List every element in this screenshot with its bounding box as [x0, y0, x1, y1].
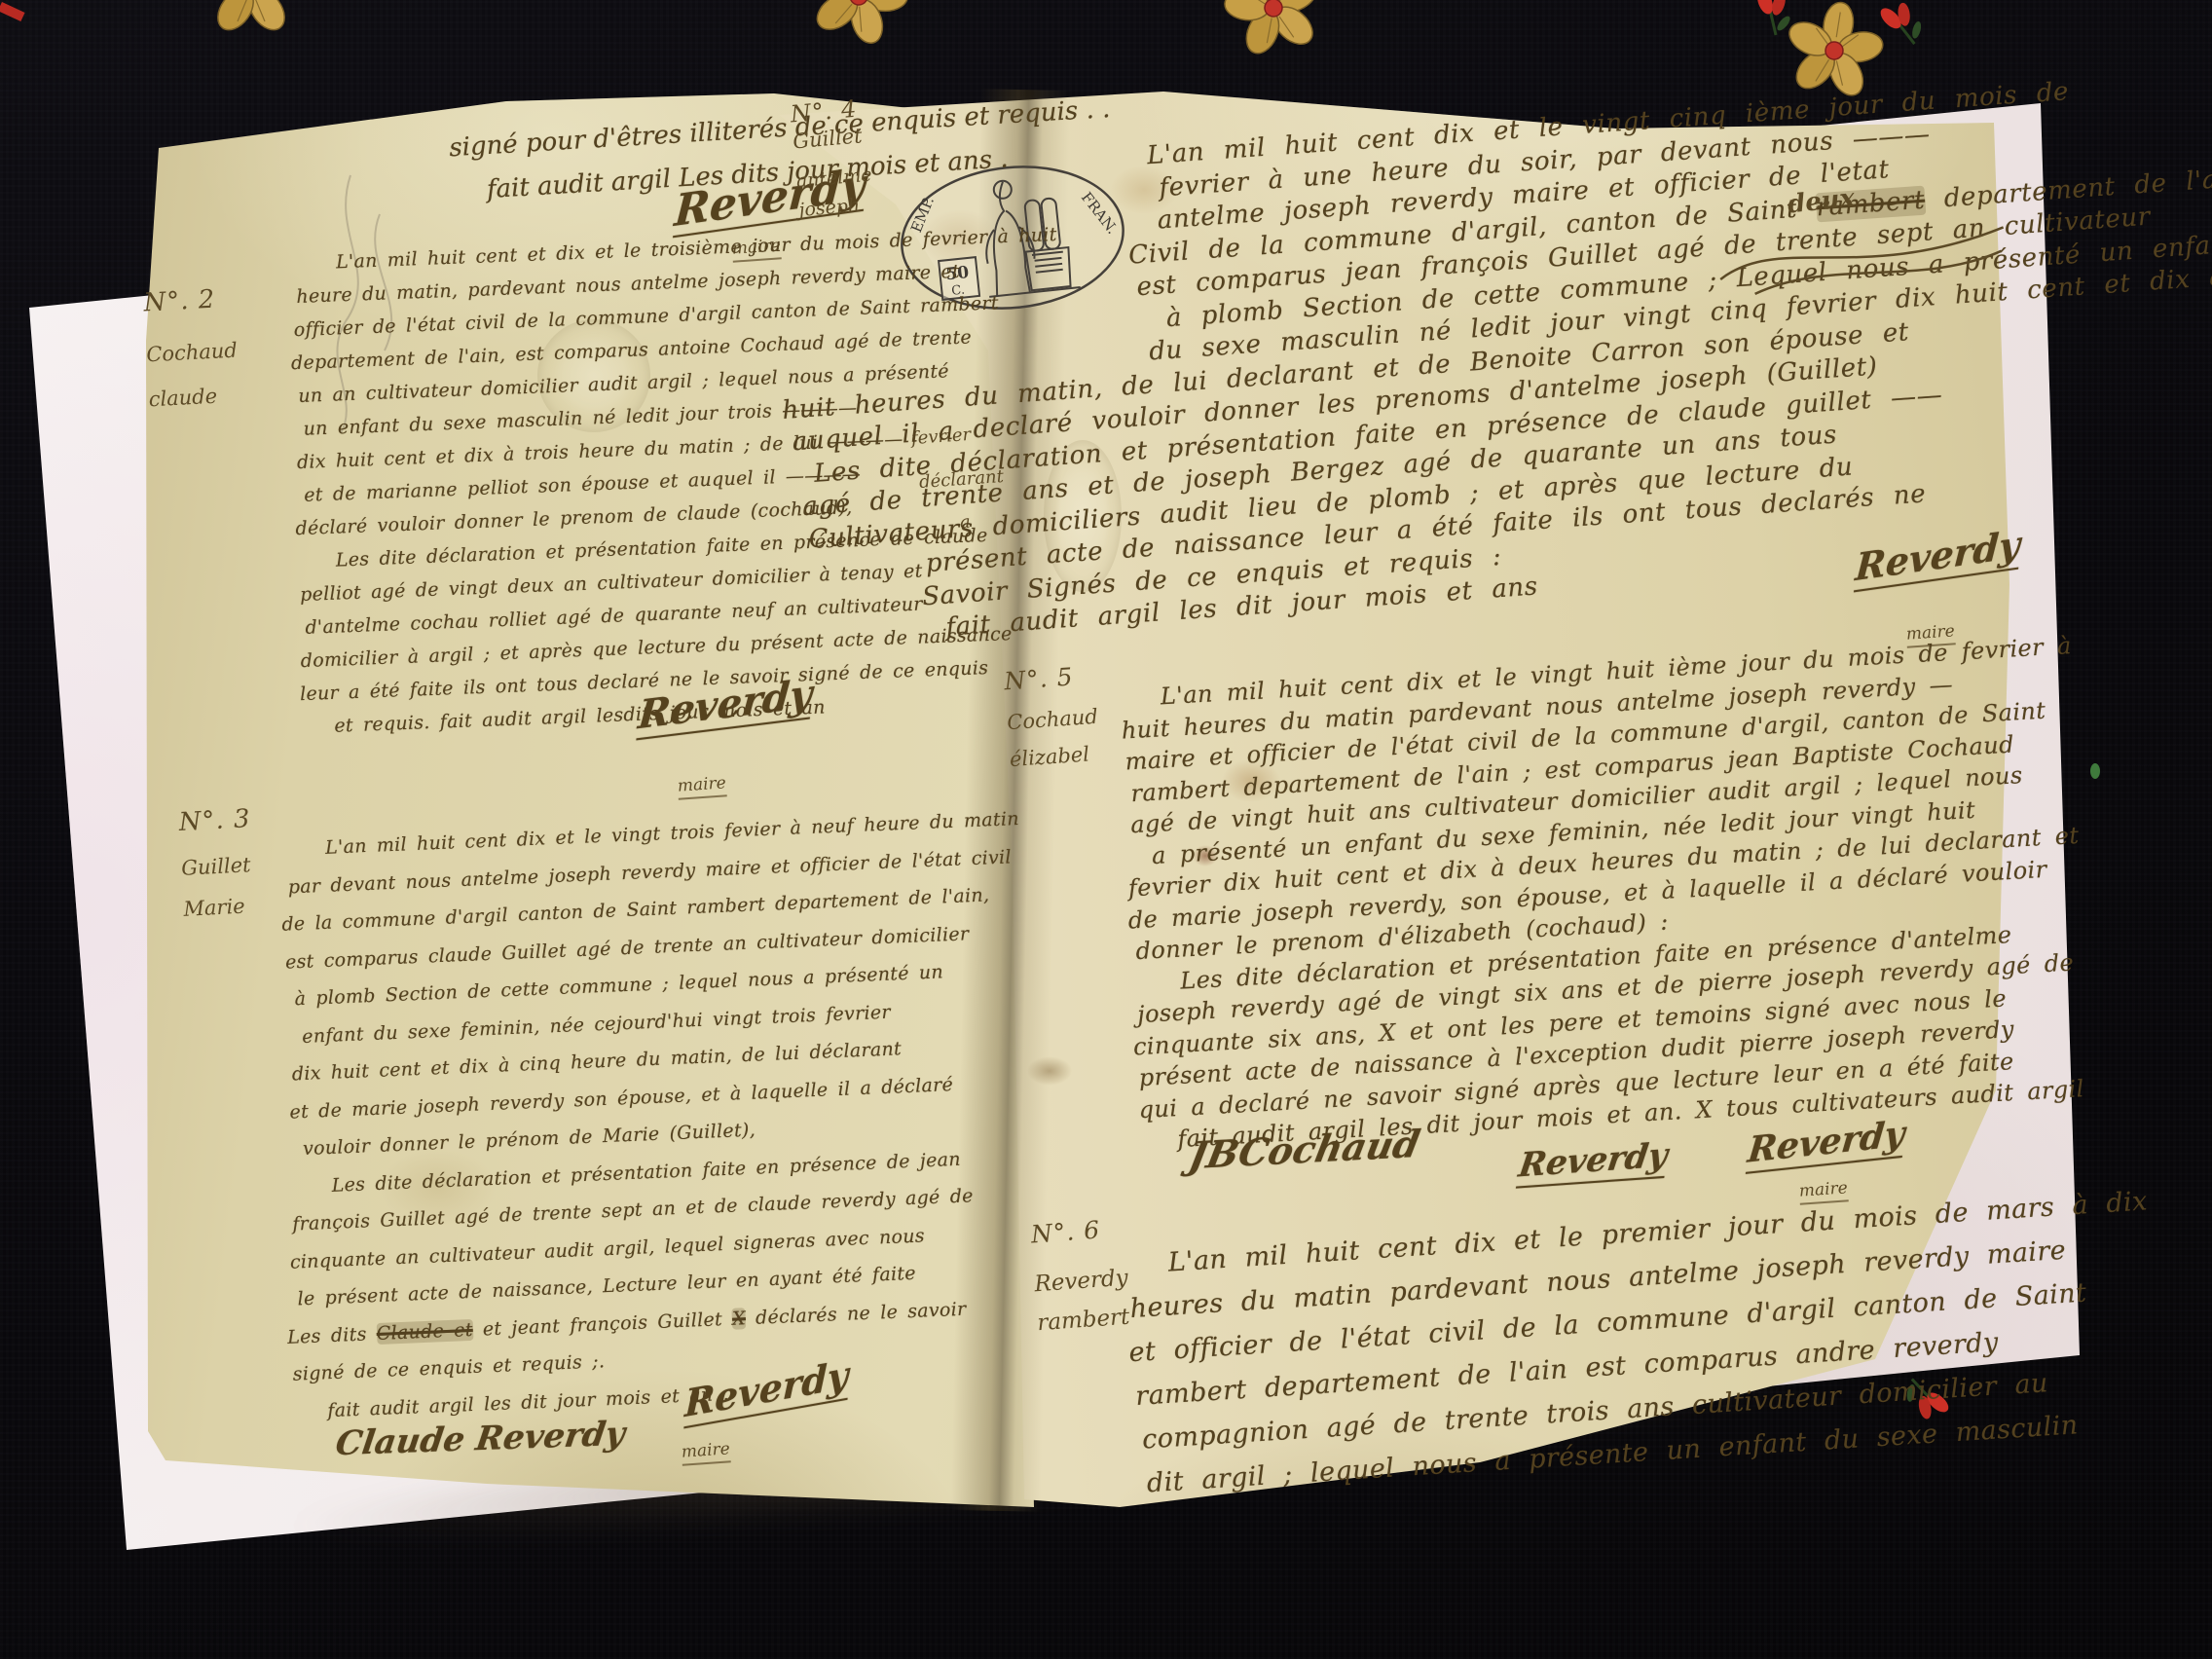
ink-smudge — [1027, 1056, 1072, 1086]
act3-maire-note: maire — [681, 1439, 730, 1465]
act6-margin-note: N°. 6 Reverdy rambert — [1030, 1214, 1131, 1336]
photo-scene: EMP. FRAN. 50 C. signé pour d'êtres illi… — [0, 0, 2212, 1659]
act6-number: N°. 6 — [1030, 1214, 1125, 1249]
sprig-top-right-a — [1754, 0, 1792, 35]
act5-body: L'an mil huit cent dix et le vingt huit … — [1109, 629, 2108, 1158]
act2-name2: claude — [148, 383, 240, 411]
act3-margin-note: N°. 3 Guillet Marie — [178, 804, 256, 921]
leaf-speck — [2090, 763, 2100, 779]
act5-number: N°. 5 — [1003, 661, 1095, 695]
flower-top-left — [200, 0, 302, 36]
act2-number: N°. 2 — [143, 284, 236, 318]
act4-name1: Guillet — [792, 124, 869, 154]
act2-maire-note: maire — [677, 773, 726, 799]
act2-name1: Cochaud — [146, 339, 239, 367]
act5-name1: Cochaud — [1007, 705, 1099, 734]
act3-name1: Guillet — [181, 853, 254, 880]
act3-name2: Marie — [183, 894, 256, 921]
flower-top-mid — [795, 0, 923, 57]
act4-number: N°. 4 — [790, 94, 867, 129]
act6-name1: Reverdy — [1034, 1266, 1129, 1298]
flower-top-mid2 — [1213, 0, 1333, 65]
act3-number: N°. 3 — [178, 804, 251, 837]
act3-body: L'an mil huit cent dix et le vingt trois… — [279, 801, 1024, 1430]
act2-margin-note: N°. 2 Cochaud claude — [143, 284, 240, 412]
red-stitch-corner — [0, 2, 25, 21]
act5-margin-note: N°. 5 Cochaud élizabel — [1003, 661, 1101, 771]
